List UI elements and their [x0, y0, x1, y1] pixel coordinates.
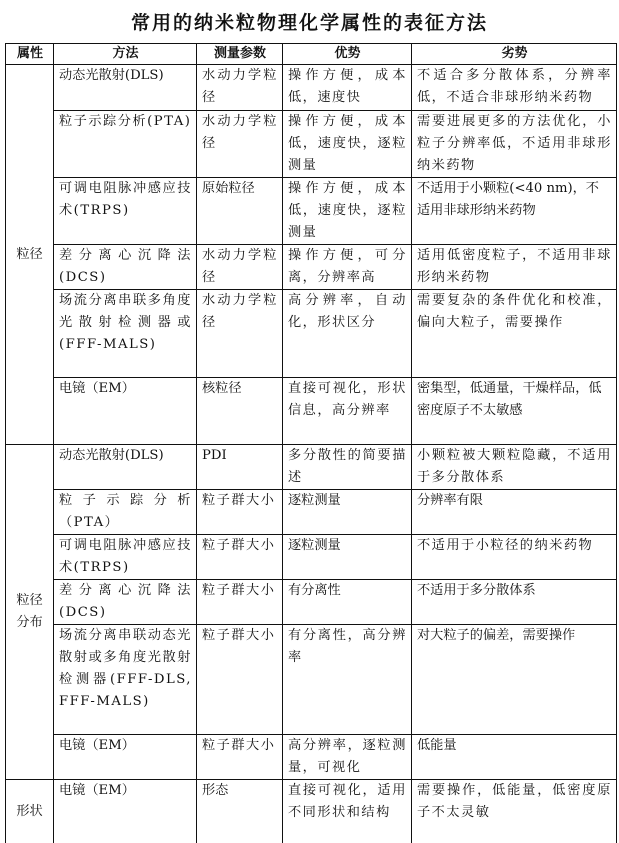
- parameter-cell: 粒子群大小: [197, 490, 283, 535]
- disadvantage-cell: 需要进展更多的方法优化，小粒子分辨率低，不适用非球形纳米药物: [412, 111, 617, 178]
- advantage-cell: 有分离性，高分辨率: [283, 625, 412, 735]
- method-cell: 可调电阻脉冲感应技术(TRPS): [54, 535, 197, 580]
- advantage-cell: 多分散性的简要描述: [283, 445, 412, 490]
- advantage-cell: 直接可视化，适用不同形状和结构: [283, 780, 412, 843]
- advantage-cell: 操作方便，成本低，速度快，逐粒测量: [283, 178, 412, 245]
- disadvantage-cell: 不适用于多分散体系: [412, 580, 617, 625]
- parameter-cell: 水动力学粒径: [197, 245, 283, 290]
- method-cell: 动态光散射(DLS): [54, 445, 197, 490]
- parameter-cell: PDI: [197, 445, 283, 490]
- table-row: 粒径 动态光散射(DLS) 水动力学粒径 操作方便，成本低，速度快 不适合多分散…: [6, 65, 617, 111]
- disadvantage-cell: 分辨率有限: [412, 490, 617, 535]
- method-cell: 粒子示踪分析（PTA）: [54, 490, 197, 535]
- disadvantage-cell: 需要复杂的条件优化和校准，偏向大粒子，需要操作: [412, 290, 617, 378]
- parameter-cell: 水动力学粒径: [197, 290, 283, 378]
- attribute-cell: 粒径分布: [6, 445, 54, 780]
- table-row: 粒子示踪分析(PTA) 水动力学粒径 操作方便，成本低，速度快，逐粒测量 需要进…: [6, 111, 617, 178]
- parameter-cell: 原始粒径: [197, 178, 283, 245]
- table-row: 电镜（EM） 粒子群大小 高分辨率，逐粒测量，可视化 低能量: [6, 735, 617, 780]
- table-row: 场流分离串联多角度光散射检测器或(FFF-MALS) 水动力学粒径 高分辨率，自…: [6, 290, 617, 378]
- disadvantage-cell: 对大粒子的偏差，需要操作: [412, 625, 617, 735]
- disadvantage-cell: 不适用于小粒径的纳米药物: [412, 535, 617, 580]
- disadvantage-cell: 密集型，低通量，干燥样品，低密度原子不太敏感: [412, 378, 617, 445]
- parameter-cell: 粒子群大小: [197, 625, 283, 735]
- disadvantage-cell: 低能量: [412, 735, 617, 780]
- advantage-cell: 高分辨率，自动化，形状区分: [283, 290, 412, 378]
- method-cell: 电镜（EM）: [54, 378, 197, 445]
- characterization-table: 属性 方法 测量参数 优势 劣势 粒径 动态光散射(DLS) 水动力学粒径 操作…: [5, 43, 617, 843]
- table-row: 差分离心沉降法(DCS) 水动力学粒径 操作方便，可分离，分辨率高 适用低密度粒…: [6, 245, 617, 290]
- advantage-cell: 直接可视化，形状信息，高分辨率: [283, 378, 412, 445]
- advantage-cell: 操作方便，成本低，速度快，逐粒测量: [283, 111, 412, 178]
- header-attribute: 属性: [6, 44, 54, 65]
- advantage-cell: 逐粒测量: [283, 490, 412, 535]
- disadvantage-cell: 不适合多分散体系，分辨率低，不适合非球形纳米药物: [412, 65, 617, 111]
- table-row: 差分离心沉降法(DCS) 粒子群大小 有分离性 不适用于多分散体系: [6, 580, 617, 625]
- table-row: 粒子示踪分析（PTA） 粒子群大小 逐粒测量 分辨率有限: [6, 490, 617, 535]
- attribute-cell: 形状: [6, 780, 54, 843]
- parameter-cell: 水动力学粒径: [197, 111, 283, 178]
- advantage-cell: 操作方便，可分离，分辨率高: [283, 245, 412, 290]
- attribute-cell: 粒径: [6, 65, 54, 445]
- table-header-row: 属性 方法 测量参数 优势 劣势: [6, 44, 617, 65]
- parameter-cell: 粒子群大小: [197, 535, 283, 580]
- method-cell: 场流分离串联动态光散射或多角度光散射检测器(FFF-DLS, FFF-MALS): [54, 625, 197, 735]
- method-cell: 动态光散射(DLS): [54, 65, 197, 111]
- disadvantage-cell: 不适用于小颗粒(<40 nm)，不适用非球形纳米药物: [412, 178, 617, 245]
- header-parameter: 测量参数: [197, 44, 283, 65]
- page-title: 常用的纳米粒物理化学属性的表征方法: [0, 8, 619, 35]
- advantage-cell: 操作方便，成本低，速度快: [283, 65, 412, 111]
- table-row: 粒径分布 动态光散射(DLS) PDI 多分散性的简要描述 小颗粒被大颗粒隐藏，…: [6, 445, 617, 490]
- method-cell: 差分离心沉降法(DCS): [54, 580, 197, 625]
- method-cell: 场流分离串联多角度光散射检测器或(FFF-MALS): [54, 290, 197, 378]
- table-row: 场流分离串联动态光散射或多角度光散射检测器(FFF-DLS, FFF-MALS)…: [6, 625, 617, 735]
- method-cell: 可调电阻脉冲感应技术(TRPS): [54, 178, 197, 245]
- parameter-cell: 粒子群大小: [197, 580, 283, 625]
- disadvantage-cell: 适用低密度粒子，不适用非球形纳米药物: [412, 245, 617, 290]
- table-row: 电镜（EM） 核粒径 直接可视化，形状信息，高分辨率 密集型，低通量，干燥样品，…: [6, 378, 617, 445]
- table-row: 可调电阻脉冲感应技术(TRPS) 原始粒径 操作方便，成本低，速度快，逐粒测量 …: [6, 178, 617, 245]
- advantage-cell: 有分离性: [283, 580, 412, 625]
- table-row: 可调电阻脉冲感应技术(TRPS) 粒子群大小 逐粒测量 不适用于小粒径的纳米药物: [6, 535, 617, 580]
- parameter-cell: 水动力学粒径: [197, 65, 283, 111]
- disadvantage-cell: 需要操作，低能量，低密度原子不太灵敏: [412, 780, 617, 843]
- header-disadvantage: 劣势: [412, 44, 617, 65]
- advantage-cell: 逐粒测量: [283, 535, 412, 580]
- advantage-cell: 高分辨率，逐粒测量，可视化: [283, 735, 412, 780]
- method-cell: 差分离心沉降法(DCS): [54, 245, 197, 290]
- disadvantage-cell: 小颗粒被大颗粒隐藏，不适用于多分散体系: [412, 445, 617, 490]
- parameter-cell: 粒子群大小: [197, 735, 283, 780]
- method-cell: 电镜（EM）: [54, 735, 197, 780]
- header-method: 方法: [54, 44, 197, 65]
- table-row: 形状 电镜（EM） 形态 直接可视化，适用不同形状和结构 需要操作，低能量，低密…: [6, 780, 617, 843]
- parameter-cell: 形态: [197, 780, 283, 843]
- method-cell: 粒子示踪分析(PTA): [54, 111, 197, 178]
- header-advantage: 优势: [283, 44, 412, 65]
- method-cell: 电镜（EM）: [54, 780, 197, 843]
- parameter-cell: 核粒径: [197, 378, 283, 445]
